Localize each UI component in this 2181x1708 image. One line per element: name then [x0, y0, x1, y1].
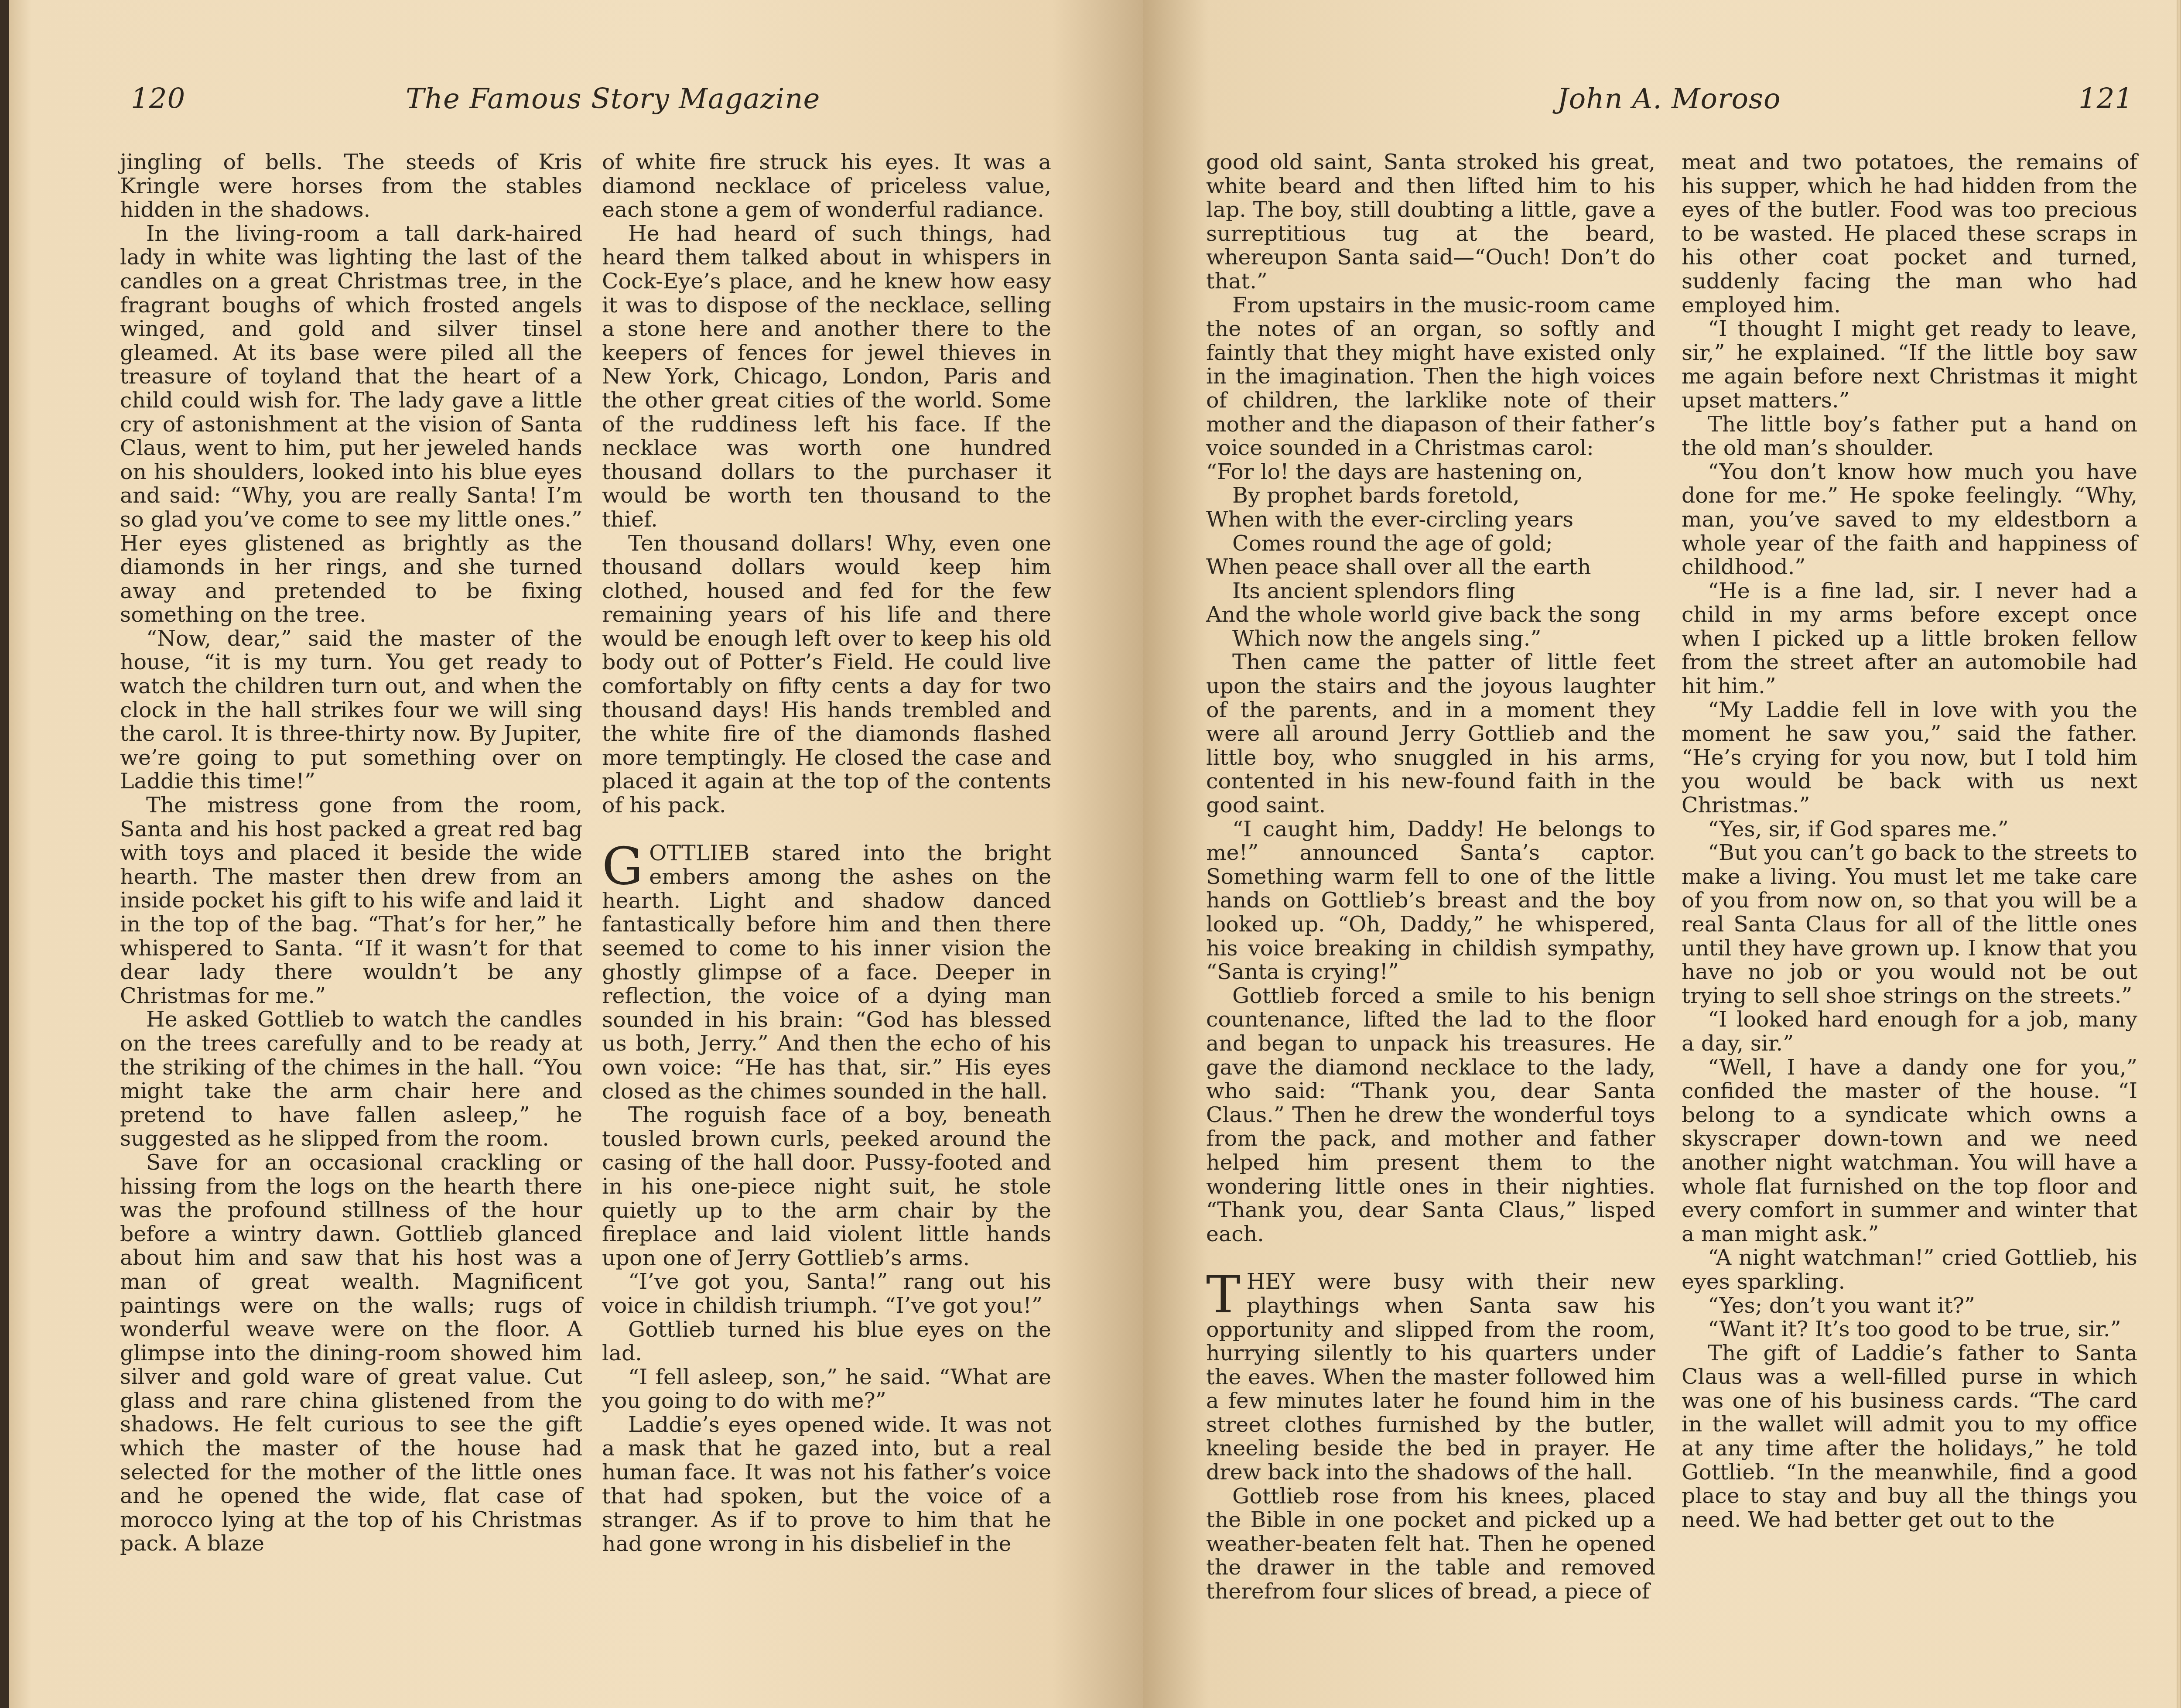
paragraph: “I thought I might get ready to leave, s… — [1682, 317, 2137, 412]
paragraph: Gottlieb rose from his knees, placed the… — [1206, 1485, 1655, 1604]
section-break — [602, 818, 1051, 842]
paragraph: “You don’t know how much you have done f… — [1682, 460, 2137, 579]
paragraph: The little boy’s father put a hand on th… — [1682, 413, 2137, 460]
paragraph: “Well, I have a dandy one for you,” conf… — [1682, 1056, 2137, 1246]
verse-line: When peace shall over all the earth — [1206, 555, 1655, 579]
paragraph: “I caught him, Daddy! He belongs to me!”… — [1206, 818, 1655, 984]
carol-verse: “For lo! the days are hastening on, By p… — [1206, 460, 1655, 651]
paragraph: meat and two potatoes, the remains of hi… — [1682, 151, 2137, 317]
paragraph: “I’ve got you, Santa!” rang out his voic… — [602, 1270, 1051, 1318]
paragraph: Save for an occasional crackling or hiss… — [120, 1151, 582, 1556]
paragraph: “A night watchman!” cried Gottlieb, his … — [1682, 1246, 2137, 1294]
paragraph: “Yes; don’t you want it?” — [1682, 1294, 2137, 1318]
paragraph: “He is a fine lad, sir. I never had a ch… — [1682, 579, 2137, 698]
section-break — [1206, 1246, 1655, 1270]
paragraph: He had heard of such things, had heard t… — [602, 222, 1051, 532]
paragraph: “Want it? It’s too good to be true, sir.… — [1682, 1318, 2137, 1342]
verse-line: Which now the angels sing.” — [1206, 627, 1655, 651]
paragraph: jingling of bells. The steeds of Kris Kr… — [120, 151, 582, 222]
left-column-1: jingling of bells. The steeds of Kris Kr… — [120, 151, 582, 1556]
drop-cap: T — [1206, 1273, 1241, 1316]
paragraph: “I looked hard enough for a job, many a … — [1682, 1008, 2137, 1055]
paragraph: The roguish face of a boy, beneath tousl… — [602, 1103, 1051, 1270]
right-column-2: meat and two potatoes, the remains of hi… — [1682, 151, 2137, 1532]
paragraph: Gottlieb forced a smile to his benign co… — [1206, 984, 1655, 1246]
paragraph: In the living-room a tall dark-haired la… — [120, 222, 582, 627]
verse-line: And the whole world give back the song — [1206, 603, 1655, 627]
paragraph-text: HEY were busy with their new playthings … — [1206, 1269, 1655, 1485]
paragraph: “Yes, sir, if God spares me.” — [1682, 818, 2137, 842]
right-column-1: good old saint, Santa stroked his great,… — [1206, 151, 1655, 1604]
verse-line: By prophet bards foretold, — [1206, 484, 1655, 508]
paragraph: He asked Gottlieb to watch the candles o… — [120, 1008, 582, 1151]
paragraph: Laddie’s eyes opened wide. It was not a … — [602, 1413, 1051, 1556]
section-opening-paragraph: THEY were busy with their new playthings… — [1206, 1270, 1655, 1484]
paragraph: The gift of Laddie’s father to Santa Cla… — [1682, 1342, 2137, 1532]
paragraph: “But you can’t go back to the streets to… — [1682, 841, 2137, 1008]
page-number-right: 121 — [2078, 83, 2133, 115]
left-page: 120 The Famous Story Magazine jingling o… — [9, 0, 1143, 1708]
verse-line: Its ancient splendors fling — [1206, 579, 1655, 603]
paragraph: Ten thousand dollars! Why, even one thou… — [602, 532, 1051, 818]
verse-line: “For lo! the days are hastening on, — [1206, 460, 1655, 484]
paragraph: Then came the patter of little feet upon… — [1206, 650, 1655, 817]
left-column-2: of white fire struck his eyes. It was a … — [602, 151, 1051, 1556]
drop-cap: G — [602, 844, 643, 888]
paragraph: Gottlieb turned his blue eyes on the lad… — [602, 1318, 1051, 1366]
paragraph: “I fell asleep, son,” he said. “What are… — [602, 1366, 1051, 1413]
verse-line: Comes round the age of gold; — [1206, 532, 1655, 556]
paragraph: The mistress gone from the room, Santa a… — [120, 794, 582, 1008]
magazine-spread: 120 The Famous Story Magazine jingling o… — [0, 0, 2181, 1708]
verse-line: When with the ever-circling years — [1206, 508, 1655, 532]
paragraph-text: OTTLIEB stared into the bright embers am… — [602, 841, 1051, 1104]
paragraph: “My Laddie fell in love with you the mom… — [1682, 698, 2137, 818]
running-head-right: John A. Moroso — [1557, 83, 1781, 115]
paragraph: of white fire struck his eyes. It was a … — [602, 151, 1051, 222]
section-opening-paragraph: GOTTLIEB stared into the bright embers a… — [602, 842, 1051, 1104]
page-edges — [2177, 0, 2181, 1708]
paragraph: From upstairs in the music-room came the… — [1206, 294, 1655, 460]
paragraph: good old saint, Santa stroked his great,… — [1206, 151, 1655, 294]
running-head-left: The Famous Story Magazine — [406, 83, 820, 115]
right-page: John A. Moroso 121 good old saint, Santa… — [1143, 0, 2181, 1708]
page-number-left: 120 — [131, 83, 185, 115]
paragraph: “Now, dear,” said the master of the hous… — [120, 627, 582, 794]
